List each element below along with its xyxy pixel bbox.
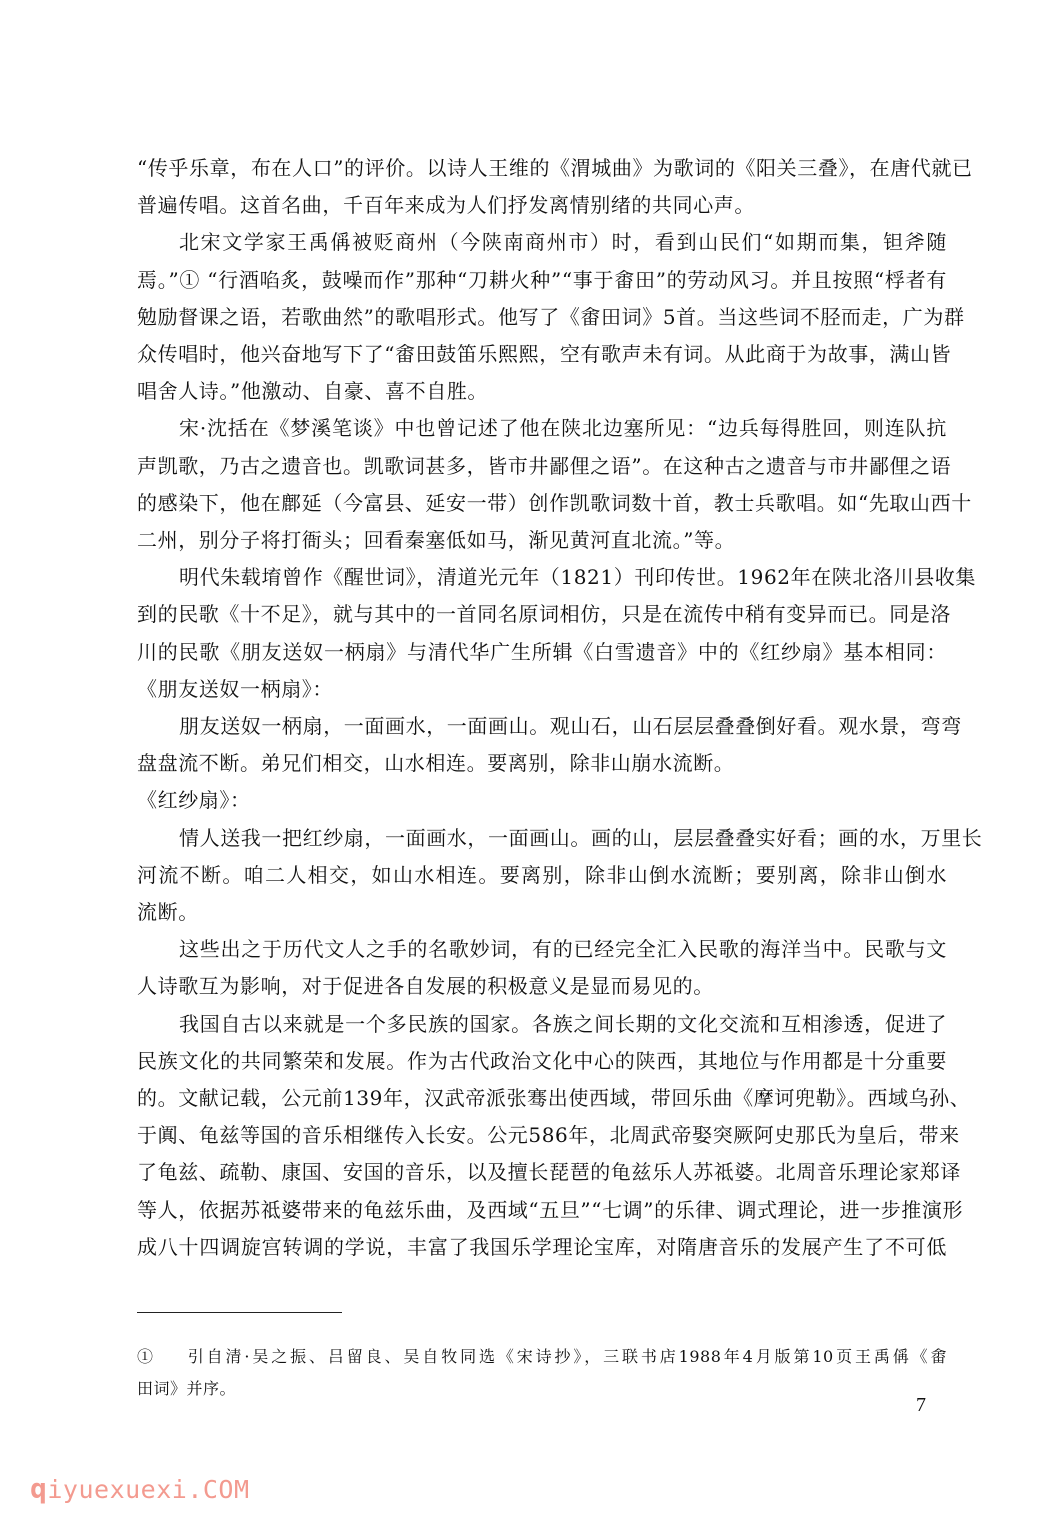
text-line: 了龟兹、疏勒、康国、安国的音乐，以及擅长琵琶的龟兹乐人苏祗婆。北周音乐理论家郑译 [137, 1154, 947, 1191]
text-line: 《朋友送奴一柄扇》： [137, 671, 333, 708]
text-line: 的感染下，他在鄜延（今富县、延安一带）创作凯歌词数十首，教士兵歌唱。如“先取山西… [137, 485, 947, 522]
text-line: 人诗歌互为影响，对于促进各自发展的积极意义是显而易见的。 [137, 968, 714, 1005]
text-line: 普遍传唱。这首名曲，千百年来成为人们抒发离情别绪的共同心声。 [137, 187, 755, 224]
text-line: 唱舍人诗。”他激动、自豪、喜不自胜。 [137, 373, 488, 410]
text-line: 河流不断。咱二人相交，如山水相连。要离别，除非山倒水流断；要别离，除非山倒水 [137, 857, 947, 894]
text-line: 等人，依据苏祗婆带来的龟兹乐曲，及西域“五旦”“七调”的乐律、调式理论，进一步推… [137, 1192, 947, 1229]
text-line: 众传唱时，他兴奋地写下了“畬田鼓笛乐熙熙，空有歌声未有词。从此商于为故事，满山皆 [137, 336, 947, 373]
page-number: 7 [916, 1394, 926, 1417]
text-line: 的。文献记载，公元前139年，汉武帝派张骞出使西域，带回乐曲《摩诃兜勒》。西域乌… [137, 1080, 947, 1117]
footnote-text-1: 引自清·吴之振、吕留良、吴自牧同选《宋诗抄》，三联书店1988年4月版第10页王… [188, 1347, 947, 1366]
footnote-divider [137, 1312, 342, 1313]
footnote-line-2: 田词》并序。 [137, 1374, 236, 1404]
text-line: 《红纱扇》： [137, 782, 251, 819]
text-line: 川的民歌《朋友送奴一柄扇》与清代华广生所辑《白雪遗音》中的《红纱扇》基本相同： [137, 634, 947, 671]
text-line: 朋友送奴一柄扇，一面画水，一面画山。观山石，山石层层叠叠倒好看。观水景，弯弯 [137, 708, 947, 745]
text-line: 盘盘流不断。弟兄们相交，山水相连。要离别，除非山崩水流断。 [137, 745, 734, 782]
footnote-line-1: ① 引自清·吴之振、吕留良、吴自牧同选《宋诗抄》，三联书店1988年4月版第10… [137, 1342, 947, 1372]
text-line: 北宋文学家王禹偁被贬商州（今陕南商州市）时，看到山民们“如期而集，钽斧随 [137, 224, 947, 261]
text-line: 到的民歌《十不足》，就与其中的一首同名原词相仿，只是在流传中稍有变异而已。同是洛 [137, 596, 947, 633]
watermark-q: q [30, 1472, 47, 1505]
text-line: 二州，别分子将打衙头；回看秦塞低如马，渐见黄河直北流。”等。 [137, 522, 735, 559]
text-line: 流断。 [137, 894, 199, 931]
footnote-marker: ① [137, 1347, 156, 1366]
text-line: 勉励督课之语，若歌曲然”的歌唱形式。他写了《畬田词》5首。当这些词不胫而走，广为… [137, 299, 947, 336]
watermark-logo: qiyuexuexi.COM [30, 1472, 250, 1505]
text-line: 成八十四调旋宫转调的学说，丰富了我国乐学理论宝库，对隋唐音乐的发展产生了不可低 [137, 1229, 947, 1266]
text-line: 明代朱载堉曾作《醒世词》，清道光元年（1821）刊印传世。1962年在陕北洛川县… [137, 559, 947, 596]
text-line: 声凯歌，乃古之遗音也。凯歌词甚多，皆市井鄙俚之语”。在这种古之遗音与市井鄙俚之语 [137, 448, 947, 485]
text-line: 这些出之于历代文人之手的名歌妙词，有的已经完全汇入民歌的海洋当中。民歌与文 [137, 931, 947, 968]
text-line: 焉。”① “行酒啗炙，鼓噪而作”那种“刀耕火种”“事于畬田”的劳动风习。并且按照… [137, 262, 947, 299]
text-line: 我国自古以来就是一个多民族的国家。各族之间长期的文化交流和互相渗透，促进了 [137, 1006, 947, 1043]
text-line: 宋·沈括在《梦溪笔谈》中也曾记述了他在陕北边塞所见：“边兵每得胜回，则连队抗 [137, 410, 947, 447]
text-line: 民族文化的共同繁荣和发展。作为古代政治文化中心的陕西，其地位与作用都是十分重要 [137, 1043, 947, 1080]
text-line: 情人送我一把红纱扇，一面画水，一面画山。画的山，层层叠叠实好看；画的水，万里长 [137, 820, 947, 857]
watermark-text: iyuexuexi.COM [47, 1475, 249, 1504]
text-line: “传乎乐章，布在人口”的评价。以诗人王维的《渭城曲》为歌词的《阳关三叠》，在唐代… [137, 150, 947, 187]
text-line: 于阗、龟兹等国的音乐相继传入长安。公元586年，北周武帝娶突厥阿史那氏为皇后，带… [137, 1117, 947, 1154]
